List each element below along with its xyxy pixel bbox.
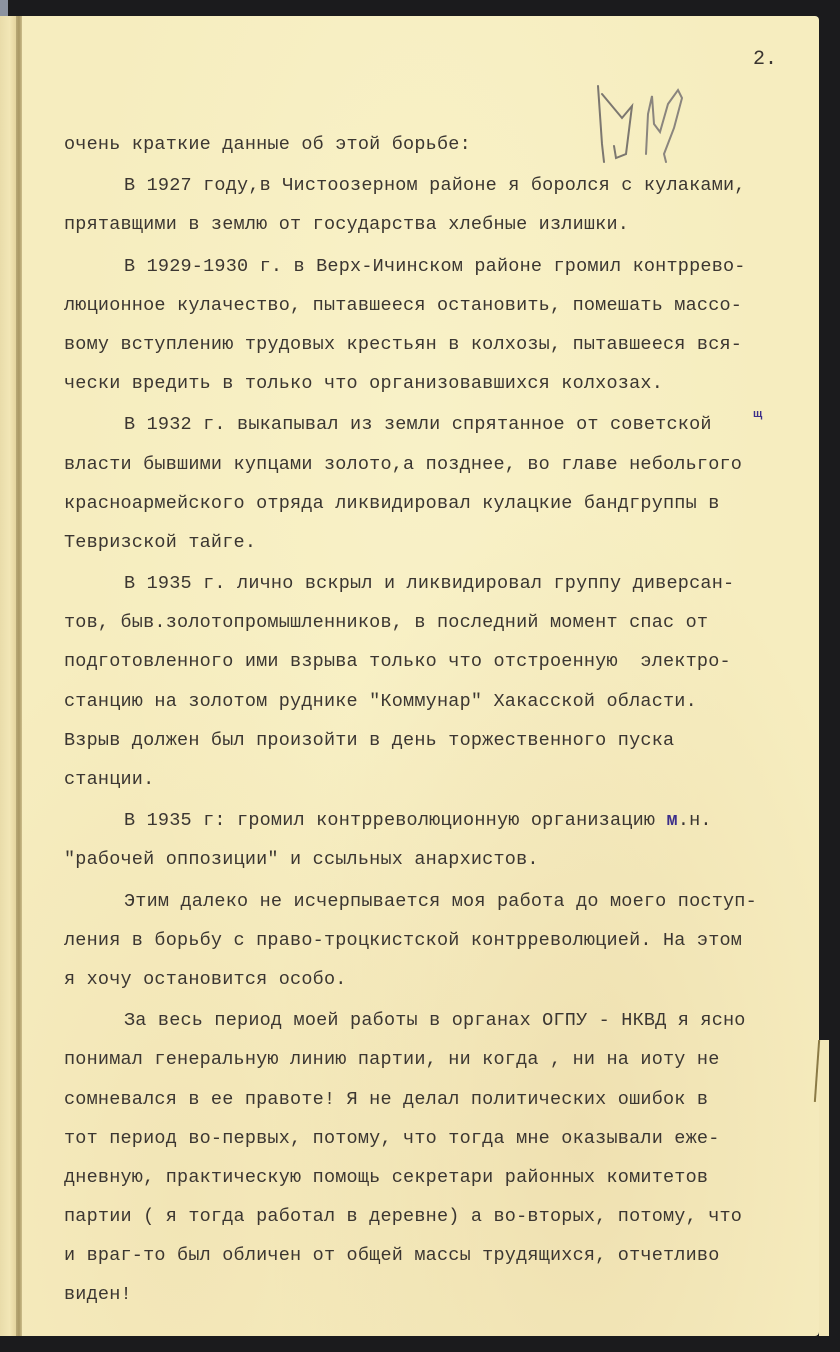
text-line: Взрыв должен был произойти в день торжес… (64, 721, 804, 760)
text-line: Тевризской тайге. (64, 523, 804, 562)
scanner-edge (0, 0, 8, 16)
text-line: тов, быв.золотопромышленников, в последн… (64, 603, 804, 642)
text-line: "рабочей оппозиции" и ссыльных анархисто… (64, 840, 804, 879)
text-line: станции. (64, 760, 804, 799)
text-line: виден! (64, 1275, 804, 1314)
underlying-page-edge (819, 1040, 829, 1336)
text-line: подготовленного ими взрыва только что от… (64, 642, 804, 681)
previous-page-edge (0, 16, 16, 1336)
text-line: тот период во-первых, потому, что тогда … (64, 1119, 804, 1158)
paragraph: За весь период моей работы в органах ОГП… (64, 1001, 804, 1315)
text-line: власти бывшими купцами золото,а позднее,… (64, 445, 804, 484)
handwritten-correction: щ (753, 408, 762, 420)
text-line: я хочу остановится особо. (64, 960, 804, 999)
text-line: очень краткие данные об этой борьбе: (64, 125, 804, 164)
text-line: В 1932 г. выкапывал из земли спрятанное … (64, 405, 804, 444)
text-line: В 1927 году,в Чистоозерном районе я боро… (64, 166, 804, 205)
text-line: прятавщими в землю от государства хлебны… (64, 205, 804, 244)
text-line: понимал генеральную линию партии, ни ког… (64, 1040, 804, 1079)
paragraph: очень краткие данные об этой борьбе: (64, 125, 804, 164)
text-line: В 1935 г: громил контрреволюционную орга… (64, 801, 804, 840)
text-line: В 1929-1930 г. в Верх-Ичинском районе гр… (64, 247, 804, 286)
text-line: В 1935 г. лично вскрыл и ликвидировал гр… (64, 564, 804, 603)
paragraph: В 1929-1930 г. в Верх-Ичинском районе гр… (64, 247, 804, 404)
abbreviation-suffix: .н. (678, 810, 712, 831)
text-line: красноармейского отряда ликвидировал кул… (64, 484, 804, 523)
paragraph: В 1935 г: громил контрреволюционную орга… (64, 801, 804, 879)
text-line: станцию на золотом руднике "Коммунар" Ха… (64, 682, 804, 721)
text-line: люционное кулачество, пытавшееся останов… (64, 286, 804, 325)
typewritten-text: очень краткие данные об этой борьбе:В 19… (64, 125, 804, 1315)
handwritten-abbreviation: м (667, 810, 678, 831)
page-number: 2. (753, 48, 777, 71)
paragraph: В 1927 году,в Чистоозерном районе я боро… (64, 166, 804, 244)
text-line: ления в борьбу с право-троцкистской конт… (64, 921, 804, 960)
text-line: вому вступлению трудовых крестьян в колх… (64, 325, 804, 364)
text-line: партии ( я тогда работал в деревне) а во… (64, 1197, 804, 1236)
text-line: и враг-то был обличен от общей массы тру… (64, 1236, 804, 1275)
text-line: чески вредить в только что организовавши… (64, 364, 804, 403)
paragraph: В 1935 г. лично вскрыл и ликвидировал гр… (64, 564, 804, 799)
text-line: Этим далеко не исчерпывается моя работа … (64, 882, 804, 921)
paragraph: Этим далеко не исчерпывается моя работа … (64, 882, 804, 1000)
paragraph: В 1932 г. выкапывал из земли спрятанное … (64, 405, 804, 562)
scanned-document: 2. 174 очень краткие данные об этой борь… (0, 0, 840, 1352)
text-line: дневную, практическую помощь секретари р… (64, 1158, 804, 1197)
text-line: За весь период моей работы в органах ОГП… (64, 1001, 804, 1040)
text-line: сомневался в ее правоте! Я не делал поли… (64, 1080, 804, 1119)
